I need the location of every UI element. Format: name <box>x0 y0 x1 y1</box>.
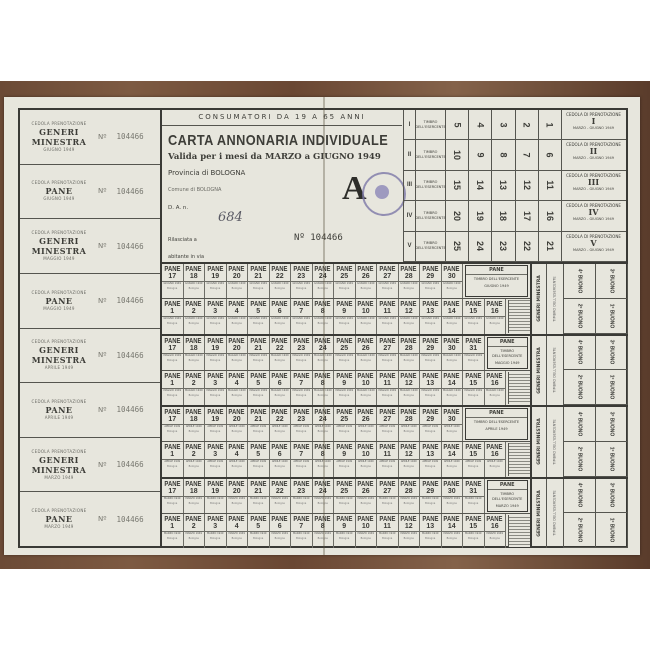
buono-coupon: 4º BUONO <box>564 264 596 299</box>
pane-coupon: PANE28MARZO 1949Bologna <box>399 479 421 513</box>
coupon-place: Bologna <box>382 393 392 399</box>
coupon-number: 23 <box>297 416 305 424</box>
coupon-label: PANE <box>358 301 374 308</box>
pane-coupon: PANE1APRILE 1949Bologna <box>162 442 184 476</box>
coupon-place: Bologna <box>490 536 500 542</box>
validity-text: Valida per i mesi da MARZO a GIUGNO 1949 <box>168 152 402 162</box>
rilasciata-label: Rilasciata a <box>168 237 197 243</box>
coupon-number: 19 <box>211 416 219 424</box>
generi-minestra-label: GENERI MINESTRA <box>532 407 547 477</box>
coupon-place: Bologna <box>425 286 435 292</box>
coupon-place: Bologna <box>275 536 285 542</box>
coupon-label: PANE <box>186 266 202 273</box>
stub-number: 104466 <box>117 460 144 469</box>
coupon-number: 17 <box>168 416 176 424</box>
coupon-number: 10 <box>362 308 370 316</box>
coupon-number: 7 <box>299 308 303 316</box>
coupon-number: 13 <box>426 380 434 388</box>
stub-kind: PANE <box>20 186 98 196</box>
coupon-label: PANE <box>401 516 417 523</box>
number-coupon: 12 <box>516 171 539 201</box>
coupon-number: 28 <box>405 345 413 353</box>
coupon-number: 13 <box>426 451 434 459</box>
number-coupon: 15 <box>446 171 469 201</box>
coupon-label: PANE <box>358 373 374 380</box>
coupon-label: PANE <box>358 409 374 416</box>
coupon-label: PANE <box>358 338 374 345</box>
coupon-row: PANE1MARZO 1949BolognaPANE2MARZO 1949Bol… <box>162 513 530 548</box>
timbro-strip: TIMBRO DELL'ESERCENTE <box>547 407 564 477</box>
coupon-label: PANE <box>207 301 223 308</box>
coupon-place: Bologna <box>210 393 220 399</box>
pane-coupon: PANE9MARZO 1949Bologna <box>334 514 356 548</box>
coupon-place: Bologna <box>490 393 500 399</box>
coupon-label: PANE <box>444 301 460 308</box>
coupon-number: 26 <box>362 345 370 353</box>
coupon-label: PANE <box>465 481 481 488</box>
coupon-number: 7 <box>299 380 303 388</box>
coupon-place: Bologna <box>296 464 306 470</box>
coupon-number: 15 <box>469 451 477 459</box>
coupon-number: 23 <box>297 345 305 353</box>
timbro-esercente-box: PANETIMBRO DELL'ESERCENTEGIUGNO 1949 <box>465 265 528 297</box>
coupon-label: PANE <box>379 481 395 488</box>
coupon-place: Bologna <box>167 501 177 507</box>
pane-coupon: PANE18MAGGIO 1949Bologna <box>184 336 206 370</box>
pane-coupon: PANE30MAGGIO 1949Bologna <box>442 336 464 370</box>
buono-coupon: 3º BUONO <box>596 336 628 371</box>
coupon-place: Bologna <box>468 536 478 542</box>
pane-coupon: PANE23MAGGIO 1949Bologna <box>291 336 313 370</box>
coupon-label: PANE <box>207 373 223 380</box>
number-coupon: 25 <box>446 232 469 262</box>
coupon-label: PANE <box>422 373 438 380</box>
roman-numeral: II <box>404 140 416 170</box>
coupon-number: 14 <box>448 451 456 459</box>
number-coupon: 22 <box>516 232 539 262</box>
coupon-place: Bologna <box>447 321 457 327</box>
coupon-label: PANE <box>379 516 395 523</box>
stub-month: MAGGIO 1949 <box>20 306 98 312</box>
coupon-place: Bologna <box>296 286 306 292</box>
coupon-number: 15 <box>469 523 477 531</box>
coupon-number: 6 <box>278 523 282 531</box>
coupon-label: PANE <box>164 373 180 380</box>
coupon-place: Bologna <box>468 464 478 470</box>
coupon-number: 4 <box>235 523 239 531</box>
pane-coupon: PANE28GIUGNO 1949Bologna <box>399 264 421 298</box>
buono-coupon: 3º BUONO <box>596 407 628 442</box>
coupon-place: Bologna <box>339 464 349 470</box>
coupon-place: Bologna <box>404 321 414 327</box>
coupon-label: PANE <box>164 516 180 523</box>
coupon-number: 3 <box>213 308 217 316</box>
stub-no-label: Nº <box>98 297 107 305</box>
stub-month: GIUGNO 1949 <box>20 196 98 202</box>
buono-coupon: 2º BUONO <box>564 299 596 334</box>
generi-minestra-block: GENERI MINESTRATIMBRO DELL'ESERCENTE4º B… <box>532 407 628 479</box>
coupon-number: 30 <box>448 345 456 353</box>
pane-coupon: PANE3GIUGNO 1949Bologna <box>205 299 227 333</box>
coupon-number: 28 <box>405 416 413 424</box>
coupon-number: 5 <box>256 308 260 316</box>
pane-coupon: PANE28APRILE 1949Bologna <box>399 407 421 441</box>
coupon-number: 19 <box>211 345 219 353</box>
coupon-number: 28 <box>405 488 413 496</box>
buono-coupon: 3º BUONO <box>596 264 628 299</box>
coupon-number: 30 <box>448 416 456 424</box>
coupon-label: PANE <box>401 444 417 451</box>
pane-coupon: PANE4MARZO 1949Bologna <box>227 514 249 548</box>
coupon-number: 14 <box>448 380 456 388</box>
coupon-number: 29 <box>426 488 434 496</box>
coupon-number: 7 <box>299 523 303 531</box>
pane-coupon: PANE30MARZO 1949Bologna <box>442 479 464 513</box>
pane-coupon: PANE15APRILE 1949Bologna <box>463 442 485 476</box>
pane-coupon: PANE20APRILE 1949Bologna <box>227 407 249 441</box>
coupon-label: PANE <box>401 338 417 345</box>
stub-column: CEDOLA PRENOTAZIONEGENERI MINESTRAGIUGNO… <box>20 110 160 546</box>
pane-coupon: PANE1MARZO 1949Bologna <box>162 514 184 548</box>
pane-coupon: PANE19MAGGIO 1949Bologna <box>205 336 227 370</box>
coupon-label: PANE <box>379 373 395 380</box>
pane-coupon: PANE14APRILE 1949Bologna <box>442 442 464 476</box>
coupon-number: 3 <box>213 380 217 388</box>
pane-coupon: PANE4GIUGNO 1949Bologna <box>227 299 249 333</box>
roman-numeral: III <box>404 171 416 201</box>
coupon-number: 3 <box>213 451 217 459</box>
pane-coupon: PANE26APRILE 1949Bologna <box>356 407 378 441</box>
buono-coupon: 1º BUONO <box>596 442 628 477</box>
bread-coupon-area: PANE17GIUGNO 1949BolognaPANE18GIUGNO 194… <box>162 262 530 548</box>
stub-no-label: Nº <box>98 242 107 250</box>
coupon-label: PANE <box>487 444 503 451</box>
pane-coupon: PANE12MAGGIO 1949Bologna <box>399 371 421 405</box>
coupon-number: 30 <box>448 273 456 281</box>
stub-pane-marzo: CEDOLA PRENOTAZIONEPANEMARZO 1949 Nº1044… <box>20 492 160 546</box>
coupon-label: PANE <box>186 481 202 488</box>
coupon-label: PANE <box>336 373 352 380</box>
pane-coupon: PANE15MAGGIO 1949Bologna <box>463 371 485 405</box>
dap-handwritten-value: 684 <box>218 210 243 225</box>
coupon-label: PANE <box>444 266 460 273</box>
pane-coupon: PANE2APRILE 1949Bologna <box>184 442 206 476</box>
coupon-number: 16 <box>491 451 499 459</box>
pane-coupon: PANE17MAGGIO 1949Bologna <box>162 336 184 370</box>
coupon-label: PANE <box>164 481 180 488</box>
coupon-label: PANE <box>379 266 395 273</box>
buono-coupon: 2º BUONO <box>564 513 596 548</box>
pane-coupon: PANE6GIUGNO 1949Bologna <box>270 299 292 333</box>
coupon-label: PANE <box>379 301 395 308</box>
coupon-place: Bologna <box>339 429 349 435</box>
coupon-number: 26 <box>362 488 370 496</box>
coupon-label: PANE <box>250 481 266 488</box>
number-coupon: 2 <box>516 110 539 140</box>
pane-coupon: PANE16APRILE 1949Bologna <box>485 442 507 476</box>
pane-coupon: PANE11MARZO 1949Bologna <box>377 514 399 548</box>
coupon-label: PANE <box>272 266 288 273</box>
coupon-number: 21 <box>254 488 262 496</box>
coupon-label: PANE <box>272 409 288 416</box>
coupon-number: 3 <box>213 523 217 531</box>
coupon-place: Bologna <box>275 501 285 507</box>
coupon-label: PANE <box>336 301 352 308</box>
coupon-number: 31 <box>469 345 477 353</box>
buono-coupon: 3º BUONO <box>596 479 628 514</box>
pane-coupon: PANE10MAGGIO 1949Bologna <box>356 371 378 405</box>
coupon-number: 12 <box>405 308 413 316</box>
stub-no-label: Nº <box>98 187 107 195</box>
stub-number: 104466 <box>117 132 144 141</box>
coupon-place: Bologna <box>189 286 199 292</box>
pane-coupon: PANE17GIUGNO 1949Bologna <box>162 264 184 298</box>
coupon-number: 16 <box>491 523 499 531</box>
coupon-place: Bologna <box>382 358 392 364</box>
timbro-strip: TIMBRO DELL'ESERCENTE <box>547 479 564 549</box>
coupon-place: Bologna <box>189 429 199 435</box>
pane-coupon: PANE20MAGGIO 1949Bologna <box>227 336 249 370</box>
number-coupon: 21 <box>539 232 562 262</box>
pane-coupon: PANE25MARZO 1949Bologna <box>334 479 356 513</box>
coupon-place: Bologna <box>167 464 177 470</box>
number-coupon: 8 <box>492 140 515 170</box>
coupon-place: Bologna <box>468 321 478 327</box>
coupon-label: PANE <box>164 266 180 273</box>
coupon-number: 13 <box>426 523 434 531</box>
coupon-label: PANE <box>444 338 460 345</box>
coupon-label: PANE <box>444 373 460 380</box>
coupon-place: Bologna <box>382 429 392 435</box>
coupon-label: PANE <box>336 266 352 273</box>
coupon-label: PANE <box>207 409 223 416</box>
coupon-place: Bologna <box>275 429 285 435</box>
stub-month: APRILE 1949 <box>20 365 98 371</box>
coupon-label: PANE <box>465 516 481 523</box>
pane-coupon: PANE2MARZO 1949Bologna <box>184 514 206 548</box>
coupon-place: Bologna <box>275 358 285 364</box>
coupon-number: 20 <box>233 273 241 281</box>
coupon-label: PANE <box>422 266 438 273</box>
coupon-place: Bologna <box>382 464 392 470</box>
coupon-place: Bologna <box>296 536 306 542</box>
generi-minestra-strips: GENERI MINESTRATIMBRO DELL'ESERCENTE4º B… <box>530 262 628 548</box>
coupon-place: Bologna <box>167 536 177 542</box>
coupon-number: 10 <box>362 523 370 531</box>
coupon-row: PANE17APRILE 1949BolognaPANE18APRILE 194… <box>162 407 530 441</box>
coupon-number: 16 <box>491 380 499 388</box>
coupon-label: PANE <box>293 516 309 523</box>
coupon-place: Bologna <box>447 536 457 542</box>
coupon-number: 12 <box>405 451 413 459</box>
pane-coupon: PANE13APRILE 1949Bologna <box>420 442 442 476</box>
cedola-prenotazione: CEDOLA DI PRENOTAZIONEIMARZO - GIUGNO 19… <box>561 110 626 140</box>
coupon-place: Bologna <box>167 393 177 399</box>
pane-coupon: PANE2GIUGNO 1949Bologna <box>184 299 206 333</box>
pane-coupon: PANE9MAGGIO 1949Bologna <box>334 371 356 405</box>
pane-coupon: PANE25MAGGIO 1949Bologna <box>334 336 356 370</box>
pane-coupon: PANE18GIUGNO 1949Bologna <box>184 264 206 298</box>
timbro-cell: TIMBRO DELL'ESERCENTE <box>416 171 446 201</box>
card-title: CARTA ANNONARIA INDIVIDUALE <box>168 132 367 149</box>
coupon-place: Bologna <box>189 321 199 327</box>
number-coupon: 3 <box>492 110 515 140</box>
number-coupon: 1 <box>539 110 562 140</box>
stub-kind: GENERI MINESTRA <box>20 455 98 475</box>
coupon-number: 1 <box>170 523 174 531</box>
coupon-number: 7 <box>299 451 303 459</box>
coupon-place: Bologna <box>382 286 392 292</box>
coupon-number: 1 <box>170 308 174 316</box>
coupon-label: PANE <box>229 516 245 523</box>
coupon-label: PANE <box>186 373 202 380</box>
pane-coupon: PANE12APRILE 1949Bologna <box>399 442 421 476</box>
coupon-number: 31 <box>469 488 477 496</box>
stub-number: 104466 <box>117 187 144 196</box>
number-coupon: 11 <box>539 171 562 201</box>
coupon-place: Bologna <box>447 393 457 399</box>
coupon-place: Bologna <box>447 464 457 470</box>
coupon-place: Bologna <box>167 358 177 364</box>
pane-coupon: PANE21MARZO 1949Bologna <box>248 479 270 513</box>
coupon-number: 18 <box>190 273 198 281</box>
stub-kind: PANE <box>20 514 98 524</box>
coupon-label: PANE <box>164 338 180 345</box>
buono-coupon: 1º BUONO <box>596 513 628 548</box>
pane-coupon: PANE7GIUGNO 1949Bologna <box>291 299 313 333</box>
coupon-place: Bologna <box>210 321 220 327</box>
pane-coupon: PANE13MARZO 1949Bologna <box>420 514 442 548</box>
coupon-label: PANE <box>186 301 202 308</box>
coupon-number: 19 <box>211 488 219 496</box>
coupon-row: PANE1GIUGNO 1949BolognaPANE2GIUGNO 1949B… <box>162 298 530 333</box>
coupon-label: PANE <box>207 516 223 523</box>
stub-pane-aprile: CEDOLA PRENOTAZIONEPANEAPRILE 1949 Nº104… <box>20 383 160 438</box>
coupon-number: 2 <box>192 451 196 459</box>
coupon-label: PANE <box>358 444 374 451</box>
coupon-place: Bologna <box>361 429 371 435</box>
coupon-place: Bologna <box>447 286 457 292</box>
coupon-label: PANE <box>272 481 288 488</box>
generi-minestra-label: GENERI MINESTRA <box>532 336 547 406</box>
coupon-place: Bologna <box>253 501 263 507</box>
coupon-place: Bologna <box>404 429 414 435</box>
stub-no-label: Nº <box>98 515 107 523</box>
pane-coupon: PANE6MAGGIO 1949Bologna <box>270 371 292 405</box>
stub-number: 104466 <box>117 515 144 524</box>
coupon-place: Bologna <box>382 321 392 327</box>
stub-header: CEDOLA PRENOTAZIONE <box>20 121 98 127</box>
buono-coupon: 2º BUONO <box>564 370 596 405</box>
coupon-label: PANE <box>250 516 266 523</box>
coupon-label: PANE <box>444 444 460 451</box>
wavy-pattern-cell <box>508 372 530 404</box>
coupon-place: Bologna <box>425 464 435 470</box>
coupon-place: Bologna <box>404 393 414 399</box>
coupon-number: 9 <box>342 380 346 388</box>
stub-no-label: Nº <box>98 461 107 469</box>
coupon-row: PANE1MAGGIO 1949BolognaPANE2MAGGIO 1949B… <box>162 370 530 405</box>
stub-kind: GENERI MINESTRA <box>20 345 98 365</box>
pane-coupon: PANE27MARZO 1949Bologna <box>377 479 399 513</box>
coupon-number: 9 <box>342 523 346 531</box>
pane-coupon: PANE29MARZO 1949Bologna <box>420 479 442 513</box>
coupon-number: 29 <box>426 273 434 281</box>
coupon-place: Bologna <box>447 501 457 507</box>
coupon-place: Bologna <box>339 536 349 542</box>
coupon-label: PANE <box>229 409 245 416</box>
pane-coupon: PANE27GIUGNO 1949Bologna <box>377 264 399 298</box>
coupon-place: Bologna <box>404 286 414 292</box>
pane-coupon: PANE6APRILE 1949Bologna <box>270 442 292 476</box>
pane-coupon: PANE20GIUGNO 1949Bologna <box>227 264 249 298</box>
coupon-place: Bologna <box>404 536 414 542</box>
coupon-label: PANE <box>401 409 417 416</box>
timbro-esercente-box: PANETIMBRO DELL'ESERCENTEAPRILE 1949 <box>465 408 528 440</box>
coupon-place: Bologna <box>210 464 220 470</box>
month-block: PANE17APRILE 1949BolognaPANE18APRILE 194… <box>162 407 530 479</box>
coupon-place: Bologna <box>339 286 349 292</box>
coupon-label: PANE <box>401 301 417 308</box>
pane-coupon: PANE29MAGGIO 1949Bologna <box>420 336 442 370</box>
coupon-number: 27 <box>383 345 391 353</box>
coupon-label: PANE <box>444 409 460 416</box>
coupon-number: 27 <box>383 416 391 424</box>
pane-coupon: PANE12GIUGNO 1949Bologna <box>399 299 421 333</box>
pane-coupon: PANE19APRILE 1949Bologna <box>205 407 227 441</box>
buono-coupon: 2º BUONO <box>564 442 596 477</box>
stub-pane-maggio: CEDOLA PRENOTAZIONEPANEMAGGIO 1949 Nº104… <box>20 274 160 329</box>
pane-coupon: PANE5APRILE 1949Bologna <box>248 442 270 476</box>
month-block: PANE17MAGGIO 1949BolognaPANE18MAGGIO 194… <box>162 336 530 408</box>
cedole-prenotazione-column: CEDOLA DI PRENOTAZIONEIMARZO - GIUGNO 19… <box>561 110 626 262</box>
coupon-place: Bologna <box>189 464 199 470</box>
coupon-label: PANE <box>229 481 245 488</box>
coupon-place: Bologna <box>425 358 435 364</box>
pane-coupon: PANE18APRILE 1949Bologna <box>184 407 206 441</box>
buono-coupon: 1º BUONO <box>596 299 628 334</box>
coupon-number: 12 <box>405 523 413 531</box>
stub-month: GIUGNO 1949 <box>20 147 98 153</box>
stub-kind: PANE <box>20 296 98 306</box>
coupon-number: 30 <box>448 488 456 496</box>
coupon-label: PANE <box>164 301 180 308</box>
coupon-place: Bologna <box>339 358 349 364</box>
coupon-number: 6 <box>278 308 282 316</box>
coupon-number: 4 <box>235 308 239 316</box>
pane-coupon: PANE15GIUGNO 1949Bologna <box>463 299 485 333</box>
coupon-place: Bologna <box>404 358 414 364</box>
coupon-label: PANE <box>422 481 438 488</box>
coupon-place: Bologna <box>232 536 242 542</box>
pane-coupon: PANE22MAGGIO 1949Bologna <box>270 336 292 370</box>
pane-coupon: PANE10GIUGNO 1949Bologna <box>356 299 378 333</box>
coupon-label: PANE <box>293 481 309 488</box>
coupon-place: Bologna <box>253 464 263 470</box>
coupon-place: Bologna <box>232 429 242 435</box>
pane-coupon: PANE11GIUGNO 1949Bologna <box>377 299 399 333</box>
coupon-place: Bologna <box>232 286 242 292</box>
coupon-number: 22 <box>276 345 284 353</box>
coupon-label: PANE <box>293 338 309 345</box>
stub-no-label: Nº <box>98 351 107 359</box>
number-coupon: 4 <box>469 110 492 140</box>
coupon-row: PANE17GIUGNO 1949BolognaPANE18GIUGNO 194… <box>162 264 530 298</box>
coupon-label: PANE <box>358 266 374 273</box>
pane-coupon: PANE5GIUGNO 1949Bologna <box>248 299 270 333</box>
coupon-label: PANE <box>336 338 352 345</box>
pane-coupon: PANE5MAGGIO 1949Bologna <box>248 371 270 405</box>
